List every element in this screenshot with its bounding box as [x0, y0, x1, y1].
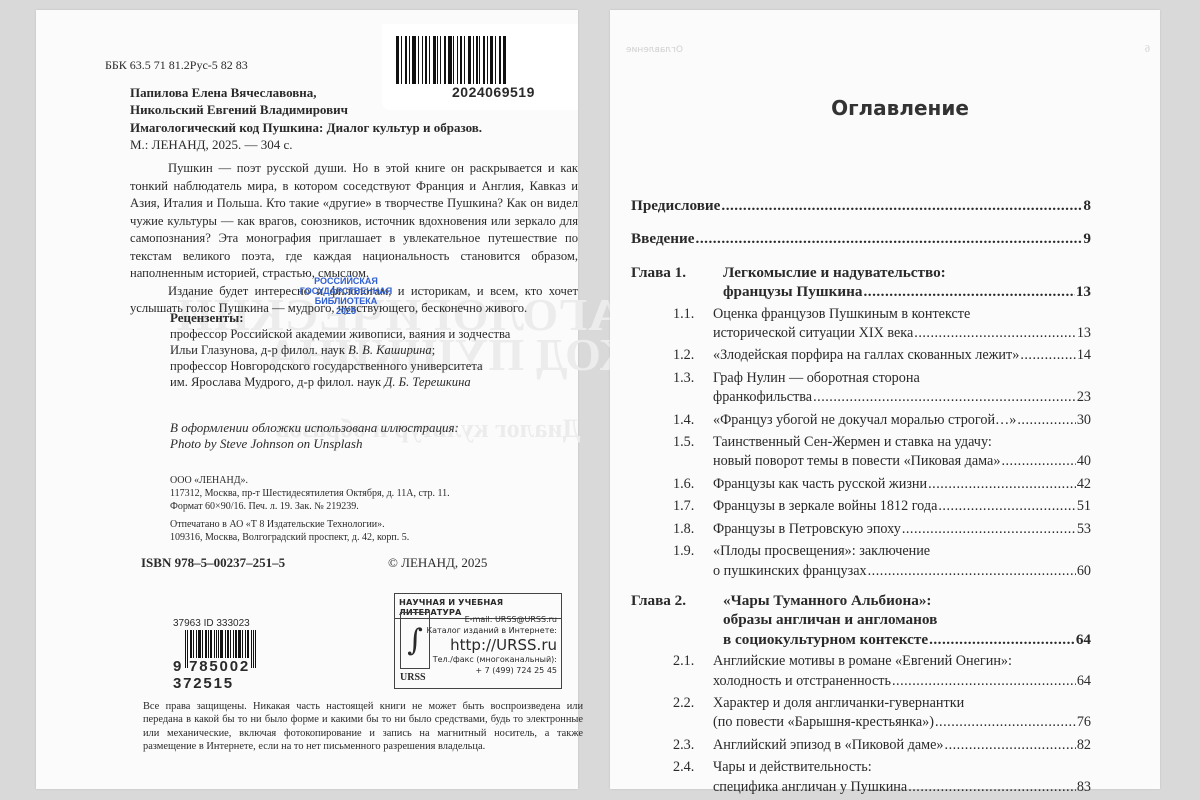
toc-entry-title: Граф Нулин — оборотная сторона	[713, 369, 920, 388]
toc-entry: Предисловие8	[631, 196, 1091, 215]
toc-entry-title: Оценка французов Пушкиным в контексте	[713, 305, 970, 324]
stamp-line: ГОСУДАРСТВЕННАЯ	[281, 286, 411, 296]
reviewer-name: В. В. Каширина	[348, 343, 432, 357]
author-2: Никольский Евгений Владимирович	[130, 101, 348, 118]
toc-page-number: 13	[1076, 282, 1091, 301]
toc-page-number: 64	[1076, 630, 1091, 649]
toc-page-number: 8	[1083, 196, 1091, 215]
toc-entry-title: Таинственный Сен-Жермен и ставка на удач…	[713, 433, 992, 452]
toc-leader-dots	[1001, 452, 1075, 471]
toc-entry-title: «Француз убогой не докучал моралью строг…	[713, 411, 1016, 430]
toc-entry-title: франкофильства	[713, 388, 812, 407]
toc-entry-title: Английский эпизод в «Пиковой даме»	[713, 736, 944, 755]
toc-entry-title: французы Пушкина	[723, 282, 862, 301]
toc-entry-title: о пушкинских французах	[713, 562, 867, 581]
toc-list: Предисловие8Введение9Глава 1.Легкомыслие…	[631, 196, 1091, 800]
toc-entry-title: «Плоды просвещения»: заключение	[713, 542, 930, 561]
urss-logo-label: URSS	[400, 672, 426, 683]
toc-entry-title: холодность и отстраненность	[713, 672, 891, 691]
reviewer-name: Д. Б. Терешкина	[384, 375, 470, 389]
toc-leader-dots	[721, 196, 1082, 215]
toc-entry: 2.3.Английский эпизод в «Пиковой даме»82	[631, 736, 1091, 755]
toc-title: Оглавление	[610, 96, 1190, 120]
urss-catalog-label: Каталог изданий в Интернете:	[426, 625, 557, 636]
toc-leader-dots	[1020, 346, 1076, 365]
toc-entry: 1.1.Оценка французов Пушкиным в контекст…	[631, 305, 1091, 344]
toc-entry-title: Легкомыслие и надувательство:	[723, 263, 946, 282]
toc-entry-title: Предисловие	[631, 196, 720, 215]
publisher-line: Формат 60×90/16. Печ. л. 19. Зак. № 2192…	[170, 500, 450, 513]
toc-entry-title: Чары и действительность:	[713, 758, 872, 777]
isbn-id: 37963 ID 333023	[173, 618, 250, 629]
publisher-line: ООО «ЛЕНАНД».	[170, 474, 450, 487]
toc-entry-number: Глава 2.	[631, 591, 686, 610]
toc-entry: Глава 2.«Чары Туманного Альбиона»:образы…	[631, 591, 1091, 649]
toc-leader-dots	[938, 497, 1075, 516]
toc-entry-number: 1.9.	[673, 542, 694, 561]
table-of-contents-page: Оглавление 6 Оглавление Предисловие8Введ…	[610, 10, 1160, 789]
library-barcode-number: 2024069519	[452, 84, 535, 100]
toc-entry: 1.5.Таинственный Сен-Жермен и ставка на …	[631, 433, 1091, 472]
printer-line: Отпечатано в АО «Т 8 Издательские Технол…	[170, 518, 409, 531]
printer-info: Отпечатано в АО «Т 8 Издательские Технол…	[170, 518, 409, 544]
urss-url: http://URSS.ru	[426, 636, 557, 654]
barcode-digit-group: 372515	[173, 675, 234, 692]
publisher-line: 117312, Москва, пр-т Шестидесятилетия Ок…	[170, 487, 450, 500]
toc-leader-dots	[868, 562, 1076, 581]
reviewer-text: ;	[432, 343, 436, 357]
toc-entry-number: 1.3.	[673, 369, 694, 388]
author-1: Папилова Елена Вячеславовна,	[130, 84, 348, 101]
toc-page-number: 82	[1077, 736, 1091, 755]
toc-entry-number: 1.7.	[673, 497, 694, 516]
toc-entry-title: специфика англичан у Пушкина	[713, 778, 907, 797]
printer-line: 109316, Москва, Волгоградский проспект, …	[170, 531, 409, 544]
barcode-digit-group: 785002	[189, 658, 250, 675]
reviewers: Рецензенты: профессор Российской академи…	[170, 310, 510, 390]
book-title: Имагологический код Пушкина: Диалог куль…	[130, 120, 482, 136]
stamp-line: БИБЛИОТЕКА	[281, 296, 411, 306]
reviewers-heading: Рецензенты:	[170, 310, 510, 326]
toc-entry-number: Глава 1.	[631, 263, 686, 282]
imprint: М.: ЛЕНАНД, 2025. — 304 с.	[130, 137, 292, 153]
toc-entry-title: (по повести «Барышня-крестьянка»)	[713, 713, 934, 732]
toc-entry: 1.9.«Плоды просвещения»: заключениео пуш…	[631, 542, 1091, 581]
toc-entry-number: 2.2.	[673, 694, 694, 713]
toc-entry-title: «Чары Туманного Альбиона»:	[723, 591, 932, 610]
isbn: ISBN 978–5–00237–251–5	[141, 555, 285, 571]
toc-entry-title: в социокультурном контексте	[723, 630, 928, 649]
toc-entry-number: 1.8.	[673, 520, 694, 539]
toc-leader-dots	[908, 778, 1076, 797]
barcode-icon	[396, 36, 578, 84]
reviewer-line: Ильи Глазунова, д-р филол. наук В. В. Ка…	[170, 342, 510, 358]
urss-contacts: E-mail: URSS@URSS.ru Каталог изданий в И…	[426, 614, 557, 676]
copyright: © ЛЕНАНД, 2025	[388, 555, 487, 571]
toc-page-number: 64	[1077, 672, 1091, 691]
credit-line: Photo by Steve Johnson on Unsplash	[170, 436, 459, 452]
toc-page-number: 76	[1077, 713, 1091, 732]
toc-entry: Глава 1.Легкомыслие и надувательство:фра…	[631, 263, 1091, 302]
toc-entry: 2.2.Характер и доля англичанки-гувернант…	[631, 694, 1091, 733]
toc-entry-number: 1.5.	[673, 433, 694, 452]
toc-entry-number: 2.4.	[673, 758, 694, 777]
toc-entry: 1.8.Французы в Петровскую эпоху53	[631, 520, 1091, 539]
toc-entry-title: Характер и доля англичанки-гувернантки	[713, 694, 964, 713]
abstract-paragraph: Пушкин — поэт русской души. Но в этой кн…	[130, 160, 578, 283]
toc-entry-number: 1.1.	[673, 305, 694, 324]
isbn-barcode-digits: 9 785002 372515	[173, 658, 313, 692]
reviewer-line: профессор Российской академии живописи, …	[170, 326, 510, 342]
toc-leader-dots	[1017, 411, 1075, 430]
isbn-barcode: 9 785002 372515	[173, 630, 313, 674]
toc-leader-dots	[696, 229, 1083, 248]
toc-leader-dots	[892, 672, 1076, 691]
toc-leader-dots	[813, 388, 1076, 407]
bbk-classification: ББК 63.5 71 81.2Рус-5 82 83	[105, 58, 248, 73]
toc-leader-dots	[902, 520, 1076, 539]
toc-page-number: 51	[1077, 497, 1091, 516]
show-through-running-head: Оглавление	[626, 45, 683, 55]
library-barcode-sticker: 2024069519	[382, 24, 578, 110]
toc-entry-title: Французы в зеркале войны 1812 года	[713, 497, 937, 516]
publisher-info: ООО «ЛЕНАНД». 117312, Москва, пр-т Шести…	[170, 474, 450, 513]
toc-page-number: 42	[1077, 475, 1091, 494]
toc-entry: 2.1.Английские мотивы в романе «Евгений …	[631, 652, 1091, 691]
toc-entry-number: 2.1.	[673, 652, 694, 671]
toc-entry-number: 1.4.	[673, 411, 694, 430]
toc-entry-title: исторической ситуации XIX века	[713, 324, 913, 343]
toc-entry-title: «Злодейская порфира на галлах скованных …	[713, 346, 1019, 365]
toc-leader-dots	[863, 282, 1074, 301]
toc-entry-number: 1.6.	[673, 475, 694, 494]
toc-page-number: 40	[1077, 452, 1091, 471]
urss-phone: + 7 (499) 724 25 45	[426, 665, 557, 676]
copyright-page: ИМАГОЛОГИЧЕСКИЙ КОД ПУШКИНА Диалог культ…	[36, 10, 578, 789]
cover-illustration-credit: В оформлении обложки использована иллюст…	[170, 420, 459, 452]
toc-leader-dots	[935, 713, 1076, 732]
toc-entry-title: образы англичан и англоманов	[723, 610, 937, 629]
toc-page-number: 14	[1077, 346, 1091, 365]
reviewer-text: им. Ярослава Мудрого, д-р филол. наук	[170, 375, 384, 389]
toc-entry-title: Введение	[631, 229, 695, 248]
toc-entry: 1.3.Граф Нулин — оборотная сторонафранко…	[631, 369, 1091, 408]
toc-entry: 1.2.«Злодейская порфира на галлах скован…	[631, 346, 1091, 365]
toc-entry: 1.7.Французы в зеркале войны 1812 года51	[631, 497, 1091, 516]
toc-entry-title: Французы как часть русской жизни	[713, 475, 927, 494]
credit-line: В оформлении обложки использована иллюст…	[170, 420, 459, 436]
urss-email: E-mail: URSS@URSS.ru	[426, 614, 557, 625]
toc-entry: 2.4.Чары и действительность:специфика ан…	[631, 758, 1091, 797]
show-through-page-number: 6	[1145, 44, 1150, 55]
toc-entry-title: Английские мотивы в романе «Евгений Онег…	[713, 652, 1012, 671]
rights-notice: Все права защищены. Никакая часть настоя…	[143, 700, 583, 754]
toc-page-number: 30	[1077, 411, 1091, 430]
toc-leader-dots	[914, 324, 1076, 343]
stamp-line: РОССИЙСКАЯ	[281, 276, 411, 286]
toc-page-number: 83	[1077, 778, 1091, 797]
toc-leader-dots	[928, 475, 1076, 494]
toc-entry-number: 1.2.	[673, 346, 694, 365]
authors: Папилова Елена Вячеславовна, Никольский …	[130, 84, 348, 118]
toc-leader-dots	[929, 630, 1075, 649]
toc-entry: 1.4.«Француз убогой не докучал моралью с…	[631, 411, 1091, 430]
toc-entry-title: Французы в Петровскую эпоху	[713, 520, 901, 539]
toc-entry: 1.6.Французы как часть русской жизни42	[631, 475, 1091, 494]
toc-leader-dots	[945, 736, 1076, 755]
toc-entry: Введение9	[631, 229, 1091, 248]
toc-page-number: 23	[1077, 388, 1091, 407]
toc-page-number: 60	[1077, 562, 1091, 581]
toc-entry-number: 2.3.	[673, 736, 694, 755]
urss-phone-label: Тел./факс (многоканальный):	[426, 654, 557, 665]
toc-page-number: 13	[1077, 324, 1091, 343]
toc-entry-title: новый поворот темы в повести «Пиковая да…	[713, 452, 1000, 471]
urss-publisher-box: НАУЧНАЯ И УЧЕБНАЯ ЛИТЕРАТУРА ∫ URSS E-ma…	[394, 593, 562, 689]
reviewer-line: профессор Новгородского государственного…	[170, 358, 510, 374]
toc-page-number: 53	[1077, 520, 1091, 539]
reviewer-text: Ильи Глазунова, д-р филол. наук	[170, 343, 348, 357]
toc-page-number: 9	[1083, 229, 1091, 248]
barcode-digit-group: 9	[173, 658, 183, 675]
reviewer-line: им. Ярослава Мудрого, д-р филол. наук Д.…	[170, 374, 510, 390]
